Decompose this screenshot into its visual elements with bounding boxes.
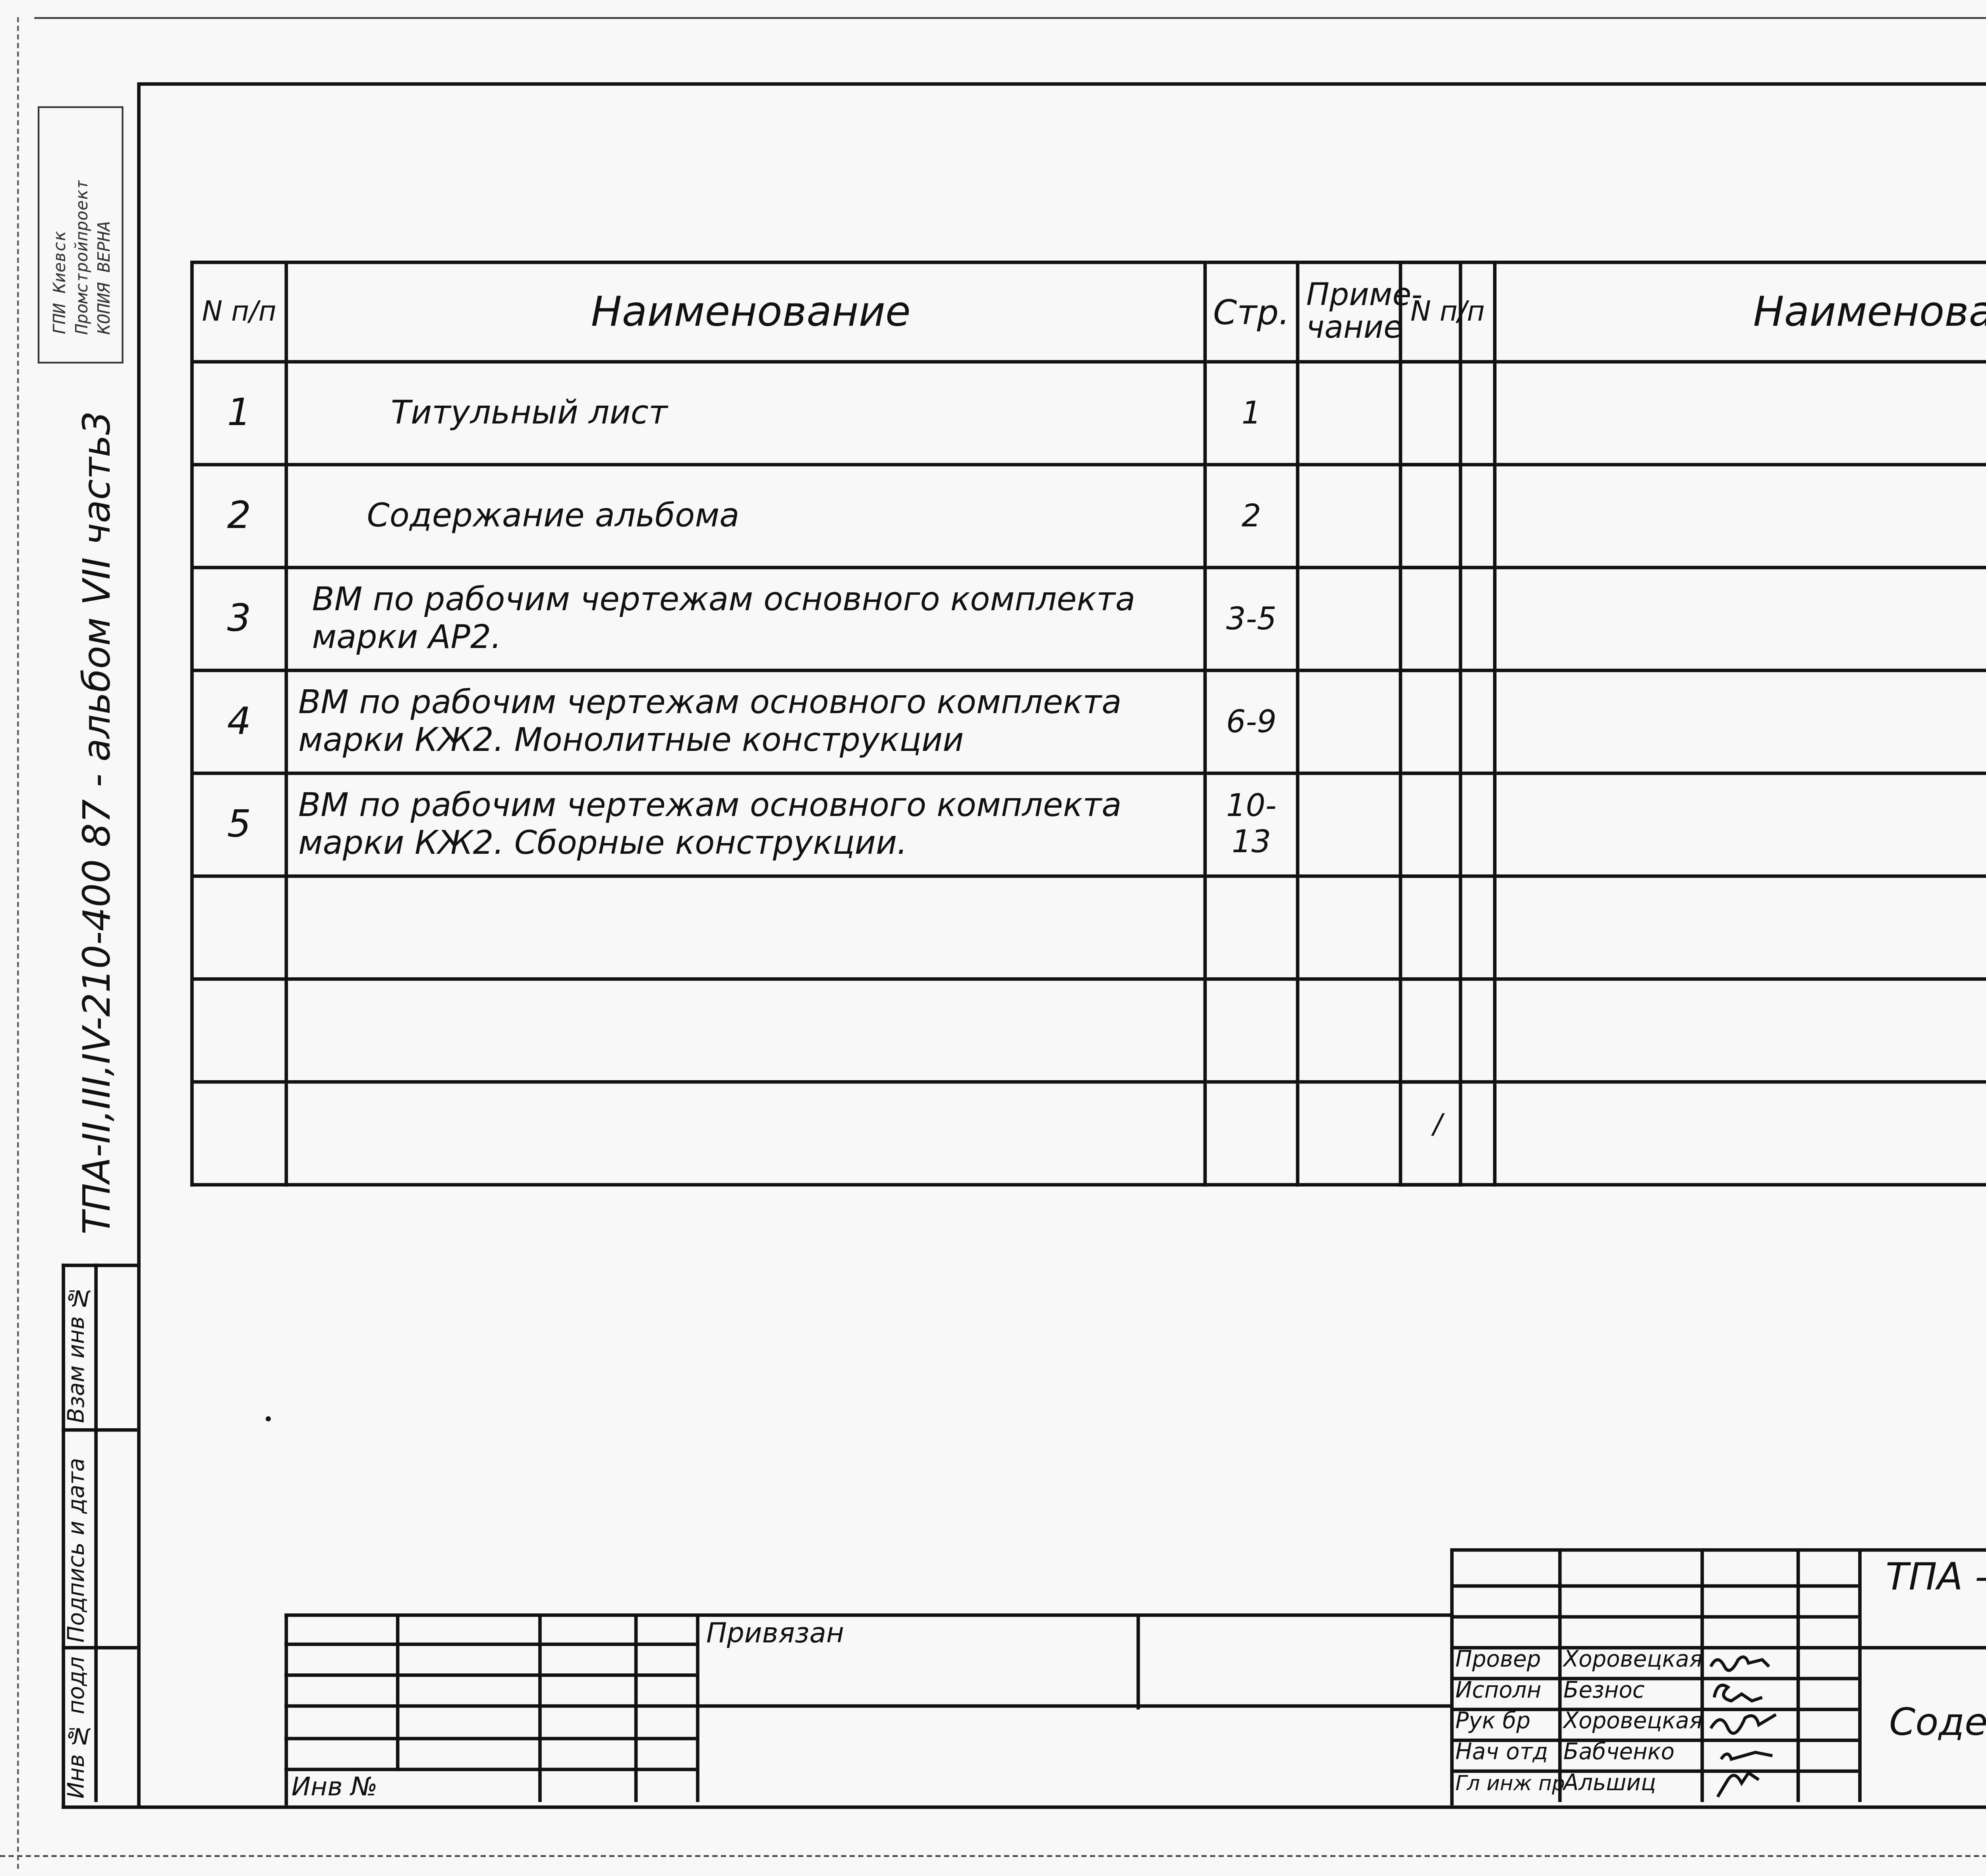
toc-header-row: N п/п Наименование Стр. Приме-чание — [1401, 262, 1986, 362]
sheet-trim-bottom — [0, 1855, 1986, 1857]
toc-row: 4 ВМ по рабочим чертежам основного компл… — [192, 670, 1461, 773]
toc-row: 2 Содержание альбома 2 — [192, 465, 1461, 568]
row-page: 3-5 — [1205, 567, 1298, 670]
row-name — [1495, 567, 1986, 670]
row-num — [192, 876, 286, 979]
binding-grid-line — [696, 1613, 699, 1802]
toc-row-empty — [1401, 465, 1986, 568]
side-document-title: ТПА-II,III,IV-210-400 87 - альбом VII ча… — [77, 446, 120, 1234]
toc-row-empty — [1401, 670, 1986, 773]
signature-role: Рук бр — [1455, 1710, 1530, 1735]
row-name — [1495, 670, 1986, 773]
row-name — [286, 876, 1205, 979]
row-num — [192, 1082, 286, 1185]
toc-row-empty — [192, 979, 1461, 1082]
field-signature-date: Подпись и дата — [65, 1437, 91, 1643]
header-num: N п/п — [192, 262, 286, 362]
signature-role: Провер — [1455, 1648, 1541, 1673]
row-num: 1 — [192, 362, 286, 465]
left-strip-divider-2 — [62, 1646, 137, 1650]
sheet-trim-left — [17, 17, 19, 1869]
signature-role: Гл инж пр — [1455, 1771, 1565, 1795]
stray-mark — [266, 1416, 271, 1422]
row-num — [1401, 979, 1495, 1082]
toc-row: 3 ВМ по рабочим чертежам основного компл… — [192, 567, 1461, 670]
toc-row-empty — [1401, 362, 1986, 465]
row-name: ВМ по рабочим чертежам основного комплек… — [286, 670, 1205, 773]
row-name: Содержание альбома — [286, 465, 1205, 568]
row-num — [1401, 670, 1495, 773]
binding-grid-line — [284, 1704, 1450, 1708]
toc-header-row: N п/п Наименование Стр. Приме-чание — [192, 262, 1461, 362]
row-name — [1495, 1082, 1986, 1185]
sheet-trim-top — [34, 17, 1986, 19]
header-num: N п/п — [1401, 262, 1495, 362]
title-grid-line — [1450, 1615, 1858, 1619]
toc-row: 1 Титульный лист 1 — [192, 362, 1461, 465]
row-num: 3 — [192, 567, 286, 670]
header-page: Стр. — [1205, 262, 1298, 362]
row-page — [1205, 876, 1298, 979]
row-page — [1205, 1082, 1298, 1185]
binding-grid-line — [284, 1673, 696, 1677]
row-name: Титульный лист — [286, 362, 1205, 465]
row-page: 1 — [1205, 362, 1298, 465]
field-replaced-inv-no: Взам инв № — [65, 1269, 91, 1423]
row-num — [1401, 1082, 1495, 1185]
row-name — [286, 1082, 1205, 1185]
row-name — [1495, 773, 1986, 876]
document-designation: ТПА - II, III, IV - 210 - 400 87 — [1886, 1557, 1986, 1600]
row-page: 6-9 — [1205, 670, 1298, 773]
binding-label: Привязан — [706, 1617, 844, 1650]
row-num — [192, 979, 286, 1082]
signature-name: Бабченко — [1563, 1740, 1675, 1766]
row-num — [1401, 465, 1495, 568]
row-page — [1205, 979, 1298, 1082]
toc-row-empty — [1401, 567, 1986, 670]
stray-mark: / — [1433, 1108, 1442, 1140]
signature-role: Исполн — [1455, 1679, 1541, 1704]
signature-role: Нач отд — [1455, 1740, 1548, 1766]
signature-scribbles — [1704, 1646, 1797, 1804]
signature-name: Безнос — [1563, 1679, 1645, 1704]
signature-name: Альшиц — [1563, 1771, 1656, 1797]
document-title: Содержание альбома — [1889, 1702, 1986, 1745]
left-strip-divider-1 — [62, 1428, 137, 1432]
binding-grid-line — [284, 1737, 696, 1741]
toc-row-empty — [1401, 979, 1986, 1082]
copy-stamp-line-1: ГПИ Киевск — [51, 137, 70, 334]
drawing-sheet: 2 ГПИ Киевск Промстройпроект КОПИЯ ВЕРНА… — [0, 0, 1986, 1876]
header-name: Наименование — [286, 262, 1205, 362]
row-name — [1495, 979, 1986, 1082]
row-name — [1495, 362, 1986, 465]
row-name: ВМ по рабочим чертежам основного комплек… — [286, 567, 1205, 670]
inventory-number-label: Инв № — [292, 1771, 378, 1802]
binding-grid-line — [284, 1642, 696, 1646]
row-num: 4 — [192, 670, 286, 773]
copy-stamp-line-3: КОПИЯ ВЕРНА — [96, 137, 115, 334]
binding-grid-line — [284, 1768, 696, 1771]
field-original-inv-no: Инв № подл — [65, 1651, 91, 1799]
toc-row-empty — [192, 876, 1461, 979]
row-name — [286, 979, 1205, 1082]
row-num — [1401, 773, 1495, 876]
copy-stamp-line-2: Промстройпроект — [74, 137, 93, 334]
row-num — [1401, 362, 1495, 465]
row-page: 10-13 — [1205, 773, 1298, 876]
toc-row-empty — [1401, 1082, 1986, 1185]
binding-grid-line — [1136, 1613, 1140, 1710]
toc-table-left: N п/п Наименование Стр. Приме-чание 1 Ти… — [190, 261, 1462, 1186]
row-name — [1495, 465, 1986, 568]
binding-grid-line — [634, 1613, 638, 1802]
toc-row: 5 ВМ по рабочим чертежам основного компл… — [192, 773, 1461, 876]
header-name: Наименование — [1495, 262, 1986, 362]
row-num: 5 — [192, 773, 286, 876]
toc-table-right: N п/п Наименование Стр. Приме-чание — [1399, 261, 1986, 1186]
toc-row-empty — [1401, 876, 1986, 979]
toc-row-empty — [1401, 773, 1986, 876]
toc-row-empty — [192, 1082, 1461, 1185]
signature-name: Хоровецкая — [1563, 1648, 1703, 1673]
row-num: 2 — [192, 465, 286, 568]
title-grid-line — [1450, 1584, 1858, 1588]
signature-name: Хоровецкая — [1563, 1710, 1703, 1735]
row-num — [1401, 567, 1495, 670]
left-strip-col-divider — [94, 1264, 98, 1802]
row-page: 2 — [1205, 465, 1298, 568]
binding-grid-line — [396, 1613, 400, 1771]
title-grid-line — [1858, 1548, 1862, 1802]
row-name: ВМ по рабочим чертежам основного комплек… — [286, 773, 1205, 876]
row-name — [1495, 876, 1986, 979]
binding-grid-line — [538, 1613, 542, 1802]
row-num — [1401, 876, 1495, 979]
